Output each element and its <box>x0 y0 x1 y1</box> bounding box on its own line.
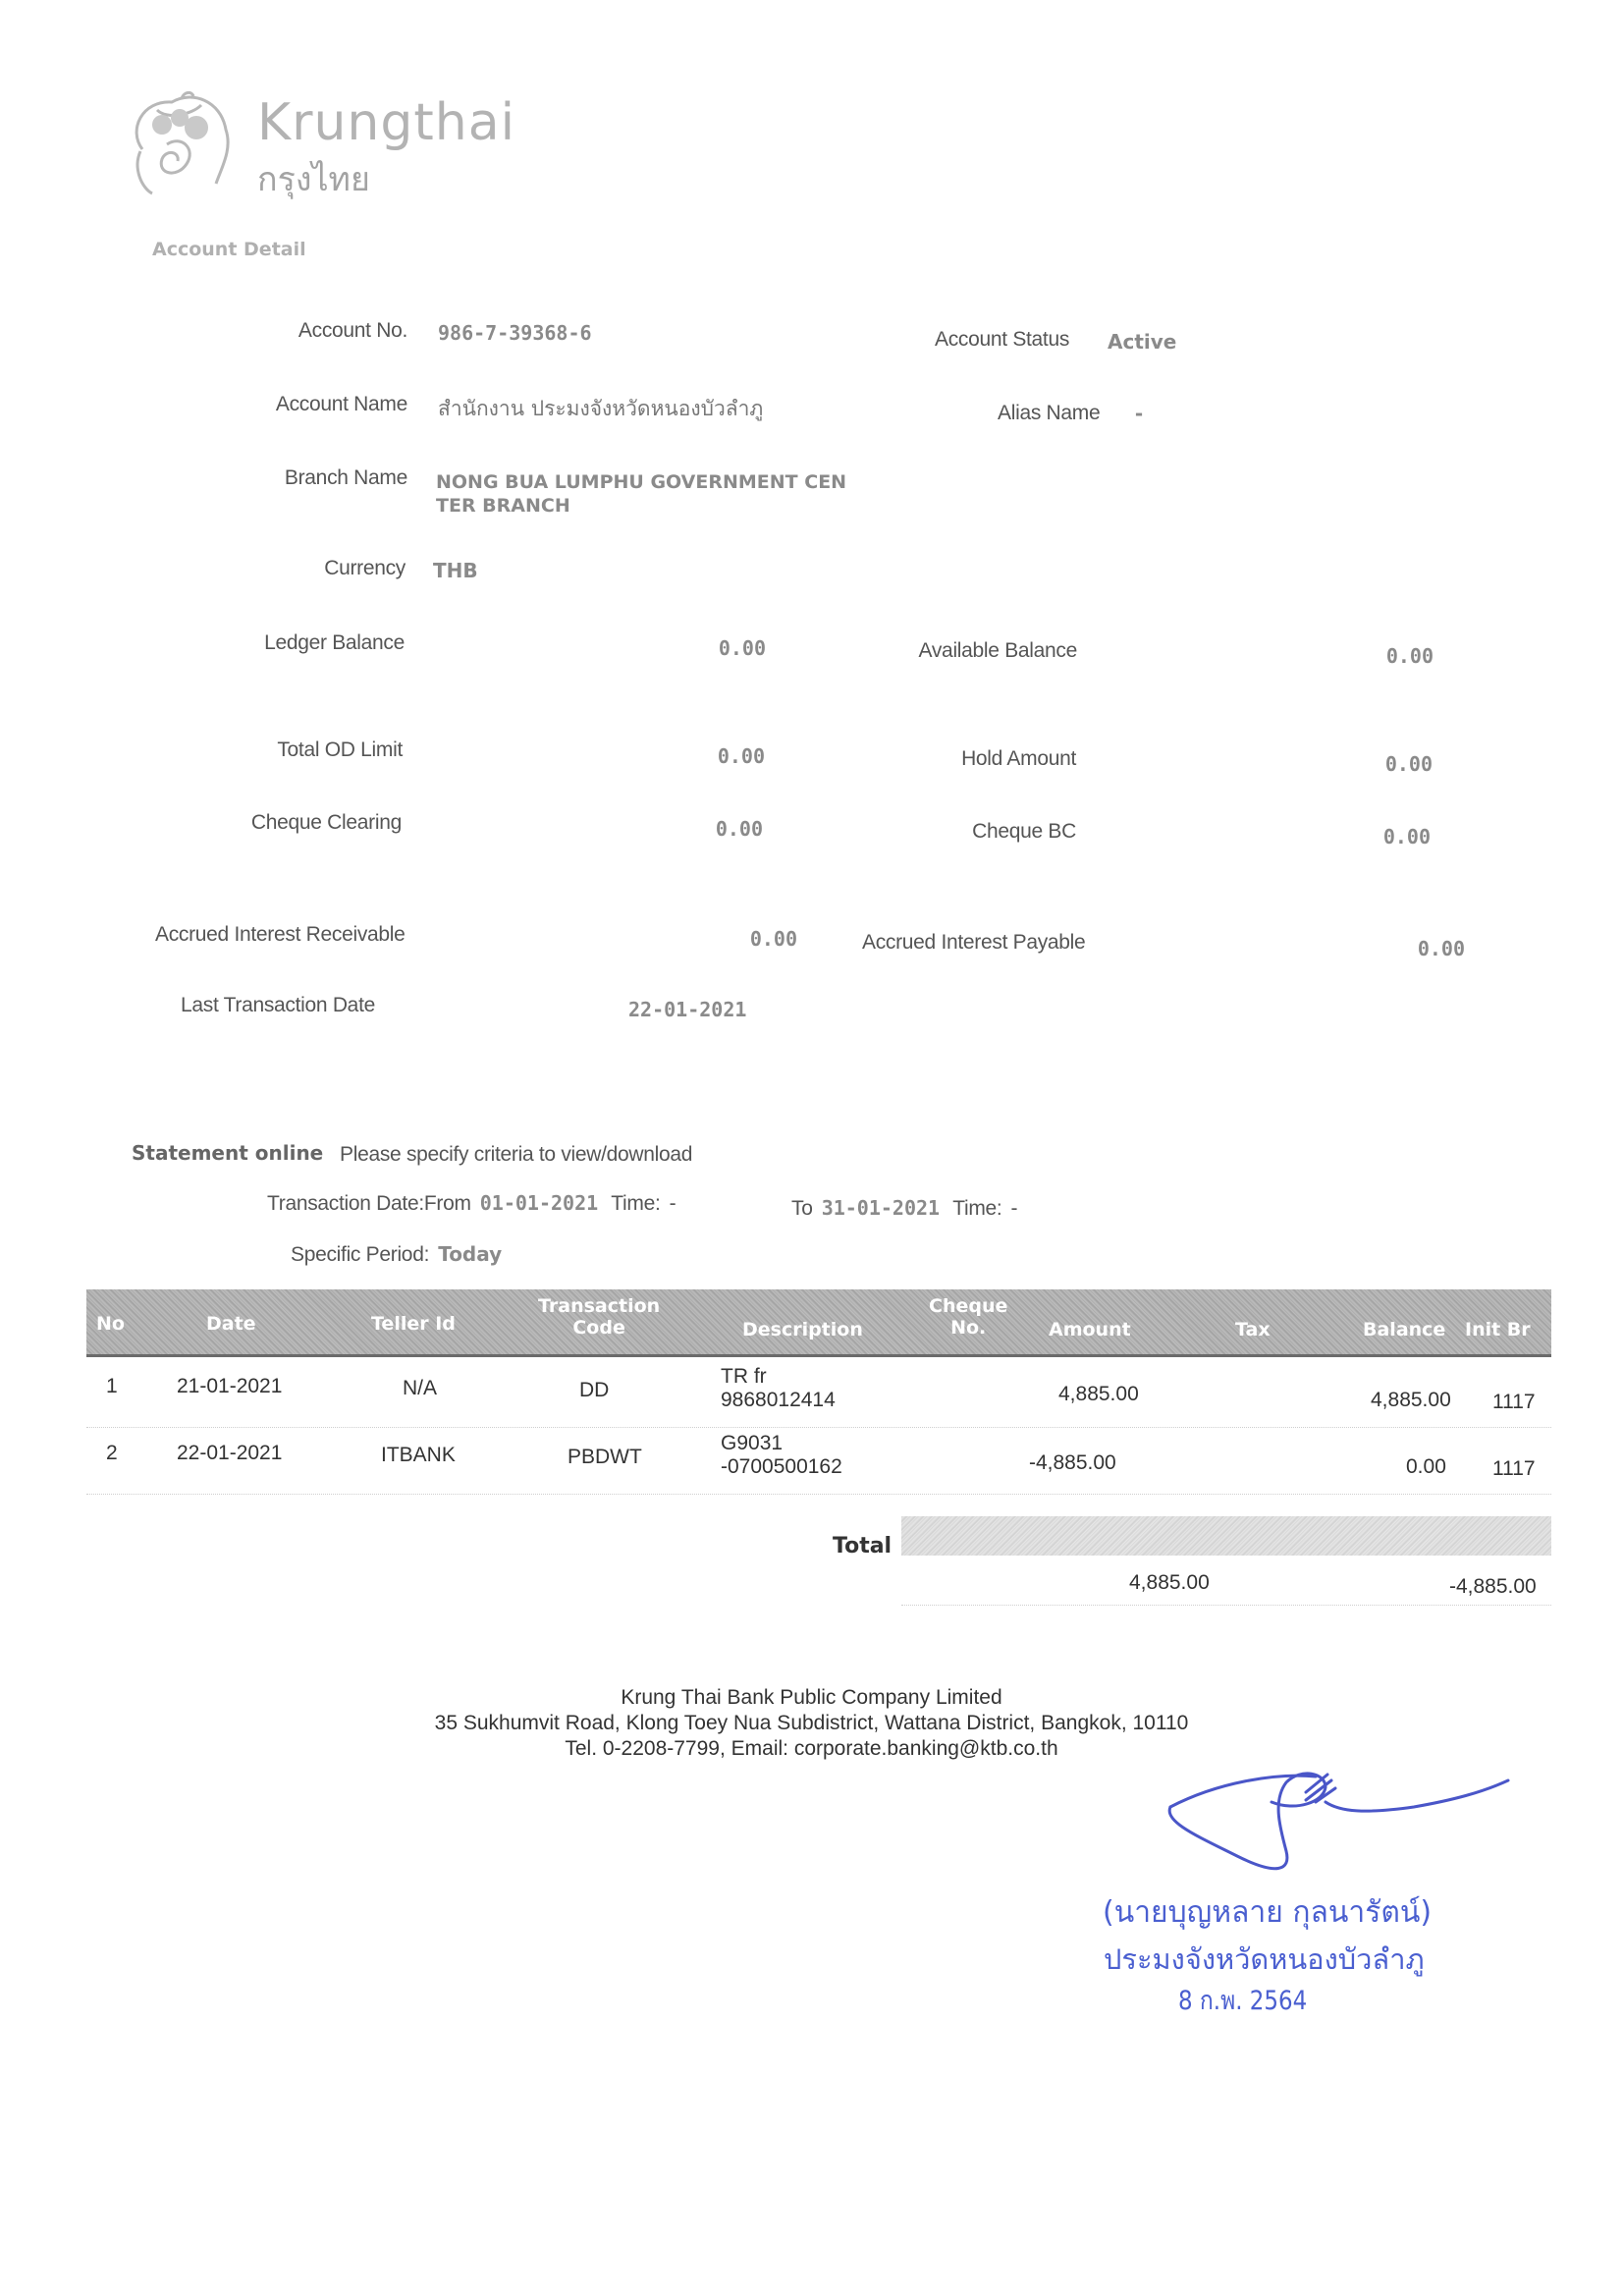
cell-transaction-code: DD <box>579 1379 609 1402</box>
col-header-description: Description <box>742 1319 863 1340</box>
cell-description: G9031-0700500162 <box>721 1432 842 1479</box>
currency-label: Currency <box>324 557 406 580</box>
cell-no: 1 <box>106 1375 118 1398</box>
col-header-amount: Amount <box>1049 1319 1131 1340</box>
cell-init-br: 1117 <box>1492 1391 1536 1414</box>
col-header-teller-id: Teller Id <box>371 1313 456 1335</box>
alias-name-label: Alias Name <box>998 402 1100 425</box>
footer-contact: Tel. 0-2208-7799, Email: corporate.banki… <box>0 1736 1623 1762</box>
cheque-bc-value: 0.00 <box>1383 825 1431 848</box>
from-time-value: - <box>670 1192 676 1215</box>
cell-balance: 0.00 <box>1406 1455 1446 1479</box>
transactions-table-header: No Date Teller Id TransactionCode Descri… <box>86 1289 1551 1357</box>
statement-title: Statement online <box>132 1141 323 1165</box>
available-balance-value: 0.00 <box>1386 644 1434 668</box>
cheque-clearing-label: Cheque Clearing <box>251 811 402 835</box>
hold-amount-value: 0.00 <box>1385 752 1433 776</box>
col-header-cheque-no: ChequeNo. <box>929 1295 1007 1339</box>
account-name-value: สำนักงาน ประมงจังหวัดหนองบัวลำภู <box>438 393 763 425</box>
col-header-init-br: Init Br <box>1465 1319 1531 1340</box>
cell-description: TR fr9868012414 <box>721 1365 836 1412</box>
currency-value: THB <box>433 559 478 582</box>
to-date-value: 31-01-2021 <box>822 1196 940 1220</box>
signer-title: ประมงจังหวัดหนองบัวลำภู <box>1104 1937 1425 1982</box>
specific-period-filter: Specific Period: Today <box>291 1242 502 1267</box>
alias-name-value: - <box>1133 402 1145 425</box>
cheque-bc-label: Cheque BC <box>972 820 1076 844</box>
cell-init-br: 1117 <box>1492 1457 1536 1481</box>
krungthai-logo-icon <box>123 90 236 198</box>
branch-name-line2: TER BRANCH <box>436 495 570 517</box>
hold-amount-label: Hold Amount <box>961 747 1076 771</box>
accrued-interest-receivable-value: 0.00 <box>750 927 797 951</box>
handwritten-signature-icon <box>1159 1763 1512 1881</box>
section-title: Account Detail <box>152 239 306 260</box>
total-label: Total : <box>833 1534 908 1558</box>
to-label: To <box>791 1197 813 1220</box>
transaction-date-label: Transaction Date:From <box>267 1192 471 1215</box>
signer-name: (นายบุญหลาย กุลนารัตน์) <box>1103 1889 1432 1936</box>
from-date-value: 01-01-2021 <box>480 1191 598 1215</box>
last-transaction-date-value: 22-01-2021 <box>628 998 746 1021</box>
branch-name-label: Branch Name <box>285 466 407 490</box>
col-header-date: Date <box>206 1313 256 1335</box>
cell-amount: -4,885.00 <box>1029 1451 1116 1475</box>
to-time-value: - <box>1011 1197 1018 1220</box>
specific-period-value: Today <box>438 1242 502 1266</box>
cell-transaction-code: PBDWT <box>568 1446 642 1469</box>
total-od-limit-label: Total OD Limit <box>277 738 403 762</box>
cell-no: 2 <box>106 1442 118 1465</box>
col-header-transaction-code: TransactionCode <box>538 1295 660 1339</box>
col-header-tax: Tax <box>1235 1319 1271 1340</box>
col-header-no: No <box>96 1313 125 1335</box>
from-time-label: Time: <box>611 1192 660 1215</box>
accrued-interest-payable-label: Accrued Interest Payable <box>862 931 1085 955</box>
total-od-limit-value: 0.00 <box>718 744 765 768</box>
accrued-interest-payable-value: 0.00 <box>1418 937 1465 960</box>
col-header-balance: Balance <box>1363 1319 1445 1340</box>
account-status-value: Active <box>1108 330 1176 354</box>
brand-name-th: กรุงไทย <box>257 152 370 205</box>
total-credit-value: 4,885.00 <box>1129 1571 1210 1595</box>
branch-name-line1: NONG BUA LUMPHU GOVERNMENT CEN <box>436 471 846 493</box>
accrued-interest-receivable-label: Accrued Interest Receivable <box>155 923 406 947</box>
account-no-value: 986-7-39368-6 <box>438 321 592 345</box>
cell-date: 22-01-2021 <box>177 1442 282 1465</box>
cell-teller-id: N/A <box>403 1377 437 1400</box>
certification-date: 8 ก.พ. 2564 <box>1178 1979 1307 2021</box>
to-time-label: Time: <box>952 1197 1001 1220</box>
row-divider <box>86 1427 1551 1428</box>
footer-company: Krung Thai Bank Public Company Limited <box>0 1685 1623 1711</box>
transaction-date-filter: Transaction Date:From 01-01-2021 Time: - <box>267 1191 676 1216</box>
account-status-label: Account Status <box>935 328 1069 352</box>
cell-amount: 4,885.00 <box>1058 1383 1139 1406</box>
cheque-clearing-value: 0.00 <box>716 817 763 841</box>
account-no-label: Account No. <box>298 319 407 343</box>
last-transaction-date-label: Last Transaction Date <box>181 994 375 1017</box>
ledger-balance-label: Ledger Balance <box>264 631 405 655</box>
cell-balance: 4,885.00 <box>1371 1389 1451 1412</box>
specific-period-label: Specific Period: <box>291 1243 429 1266</box>
total-debit-value: -4,885.00 <box>1449 1575 1537 1599</box>
row-divider <box>86 1494 1551 1495</box>
to-date-filter: To 31-01-2021 Time: - <box>791 1196 1017 1221</box>
footer-address: 35 Sukhumvit Road, Klong Toey Nua Subdis… <box>0 1711 1623 1736</box>
total-bar <box>901 1516 1551 1556</box>
account-name-label: Account Name <box>276 393 407 416</box>
cell-teller-id: ITBANK <box>381 1444 456 1467</box>
total-divider <box>901 1605 1551 1606</box>
cell-date: 21-01-2021 <box>177 1375 282 1398</box>
brand-name-en: Krungthai <box>257 93 515 152</box>
available-balance-label: Available Balance <box>919 639 1077 663</box>
ledger-balance-value: 0.00 <box>719 636 766 660</box>
statement-instruction: Please specify criteria to view/download <box>340 1143 692 1167</box>
